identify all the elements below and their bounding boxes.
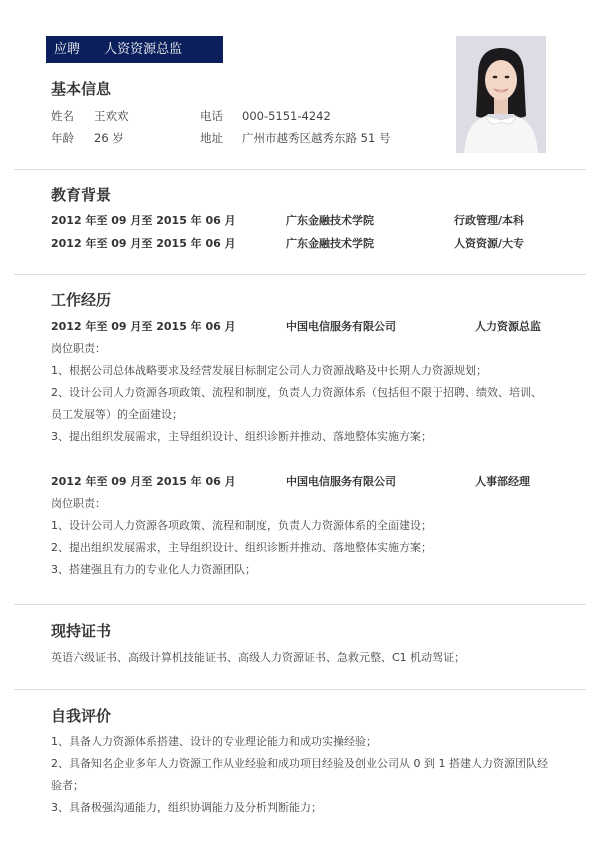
profile-photo <box>456 36 546 153</box>
job-duty-line: 2、提出组织发展需求，主导组织设计、组织诊断并推动、落地整体实施方案； <box>51 541 432 555</box>
job-role: 人力资源总监 <box>475 320 541 334</box>
age-value: 26 岁 <box>94 131 124 145</box>
education-major: 行政管理/本科 <box>454 214 524 228</box>
job-duty-line: 3、提出组织发展需求，主导组织设计、组织诊断并推动、落地整体实施方案； <box>51 430 432 444</box>
section-title-basic-info: 基本信息 <box>51 80 111 98</box>
address-label: 地址 <box>200 131 223 145</box>
education-school: 广东金融技术学院 <box>286 237 374 251</box>
education-school: 广东金融技术学院 <box>286 214 374 228</box>
education-major: 人资资源/大专 <box>454 237 524 251</box>
name-value: 王欢欢 <box>94 109 129 123</box>
divider <box>14 604 586 605</box>
section-title-self-evaluation: 自我评价 <box>51 707 111 725</box>
job-duty-line: 1、设计公司人力资源各项政策、流程和制度，负责人力资源体系的全面建设； <box>51 519 432 533</box>
job-duty-line: 员工发展等）的全面建设； <box>51 408 183 422</box>
age-label: 年龄 <box>51 131 74 145</box>
section-title-education: 教育背景 <box>51 186 111 204</box>
section-title-certificates: 现持证书 <box>51 622 111 640</box>
name-label: 姓名 <box>51 109 74 123</box>
applied-position-bar: 应聘 人资资源总监 <box>46 36 223 63</box>
apply-label: 应聘 <box>54 42 80 57</box>
job-duty-label: 岗位职责： <box>51 497 106 511</box>
address-value: 广州市越秀区越秀东路 51 号 <box>242 131 390 145</box>
portrait-icon <box>456 36 546 153</box>
job-company: 中国电信服务有限公司 <box>286 320 396 334</box>
self-evaluation-line: 验者； <box>51 779 84 793</box>
applied-position: 人资资源总监 <box>104 42 182 57</box>
job-period: 2012 年至 09 月至 2015 年 06 月 <box>51 320 236 334</box>
job-company: 中国电信服务有限公司 <box>286 475 396 489</box>
job-period: 2012 年至 09 月至 2015 年 06 月 <box>51 475 236 489</box>
self-evaluation-line: 2、具备知名企业多年人力资源工作从业经验和成功项目经验及创业公司从 0 到 1 … <box>51 757 548 771</box>
education-period: 2012 年至 09 月至 2015 年 06 月 <box>51 237 236 251</box>
divider <box>14 689 586 690</box>
job-duty-label: 岗位职责： <box>51 342 106 356</box>
job-duty-line: 1、根据公司总体战略要求及经营发展目标制定公司人力资源战略及中长期人力资源规划； <box>51 364 487 378</box>
job-duty-line: 3、搭建强且有力的专业化人力资源团队； <box>51 563 256 577</box>
section-title-work: 工作经历 <box>51 291 111 309</box>
phone-value: 000-5151-4242 <box>242 109 331 123</box>
self-evaluation-line: 3、具备极强沟通能力，组织协调能力及分析判断能力； <box>51 801 322 815</box>
education-period: 2012 年至 09 月至 2015 年 06 月 <box>51 214 236 228</box>
divider <box>14 169 586 170</box>
job-role: 人事部经理 <box>475 475 530 489</box>
divider <box>14 274 586 275</box>
certificates-text: 英语六级证书、高级计算机技能证书、高级人力资源证书、急救元整、C1 机动驾证； <box>51 651 465 665</box>
self-evaluation-line: 1、具备人力资源体系搭建、设计的专业理论能力和成功实操经验； <box>51 735 377 749</box>
phone-label: 电话 <box>200 109 223 123</box>
job-duty-line: 2、设计公司人力资源各项政策、流程和制度，负责人力资源体系（包括但不限于招聘、绩… <box>51 386 542 400</box>
